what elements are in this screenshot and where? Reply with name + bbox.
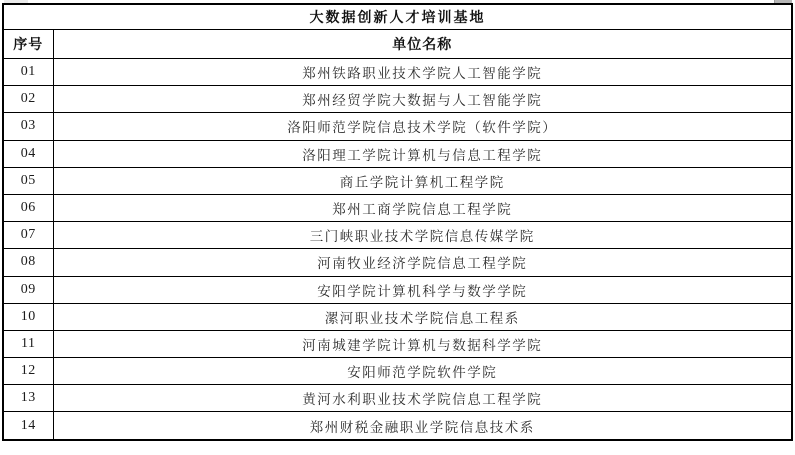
row-serial-no: 04 [3,140,53,167]
row-serial-no: 11 [3,330,53,357]
row-unit-name: 河南城建学院计算机与数据科学学院 [53,330,792,357]
row-unit-name: 郑州铁路职业技术学院人工智能学院 [53,59,792,86]
row-unit-name: 洛阳师范学院信息技术学院（软件学院） [53,113,792,140]
table-row: 02郑州经贸学院大数据与人工智能学院 [3,86,792,113]
row-unit-name: 商丘学院计算机工程学院 [53,167,792,194]
table-row: 07三门峡职业技术学院信息传媒学院 [3,222,792,249]
row-unit-name: 漯河职业技术学院信息工程系 [53,303,792,330]
row-unit-name: 河南牧业经济学院信息工程学院 [53,249,792,276]
row-unit-name: 郑州财税金融职业学院信息技术系 [53,412,792,440]
column-header-unit-name: 单位名称 [53,30,792,59]
document-page: 大数据创新人才培训基地 序号 单位名称 01郑州铁路职业技术学院人工智能学院02… [0,0,795,455]
row-serial-no: 08 [3,249,53,276]
table-row: 01郑州铁路职业技术学院人工智能学院 [3,59,792,86]
table-title-row: 大数据创新人才培训基地 [3,4,792,30]
column-header-serial-no: 序号 [3,30,53,59]
table-row: 13黄河水利职业技术学院信息工程学院 [3,385,792,412]
row-serial-no: 10 [3,303,53,330]
row-serial-no: 03 [3,113,53,140]
row-serial-no: 01 [3,59,53,86]
row-serial-no: 06 [3,194,53,221]
table-row: 12安阳师范学院软件学院 [3,358,792,385]
row-serial-no: 14 [3,412,53,440]
row-unit-name: 三门峡职业技术学院信息传媒学院 [53,222,792,249]
row-unit-name: 郑州经贸学院大数据与人工智能学院 [53,86,792,113]
table-row: 03洛阳师范学院信息技术学院（软件学院） [3,113,792,140]
table-header-row: 序号 单位名称 [3,30,792,59]
table-row: 05商丘学院计算机工程学院 [3,167,792,194]
row-unit-name: 洛阳理工学院计算机与信息工程学院 [53,140,792,167]
row-serial-no: 02 [3,86,53,113]
table-row: 09安阳学院计算机科学与数学学院 [3,276,792,303]
row-serial-no: 05 [3,167,53,194]
row-unit-name: 黄河水利职业技术学院信息工程学院 [53,385,792,412]
table-title: 大数据创新人才培训基地 [3,4,792,30]
row-serial-no: 07 [3,222,53,249]
table-row: 10漯河职业技术学院信息工程系 [3,303,792,330]
row-serial-no: 13 [3,385,53,412]
row-unit-name: 安阳学院计算机科学与数学学院 [53,276,792,303]
table-row: 04洛阳理工学院计算机与信息工程学院 [3,140,792,167]
table-row: 06郑州工商学院信息工程学院 [3,194,792,221]
table-row: 08河南牧业经济学院信息工程学院 [3,249,792,276]
table-row: 11河南城建学院计算机与数据科学学院 [3,330,792,357]
row-serial-no: 09 [3,276,53,303]
row-unit-name: 安阳师范学院软件学院 [53,358,792,385]
row-unit-name: 郑州工商学院信息工程学院 [53,194,792,221]
training-base-table: 大数据创新人才培训基地 序号 单位名称 01郑州铁路职业技术学院人工智能学院02… [2,3,793,441]
table-row: 14郑州财税金融职业学院信息技术系 [3,412,792,440]
table-body: 01郑州铁路职业技术学院人工智能学院02郑州经贸学院大数据与人工智能学院03洛阳… [3,59,792,440]
row-serial-no: 12 [3,358,53,385]
